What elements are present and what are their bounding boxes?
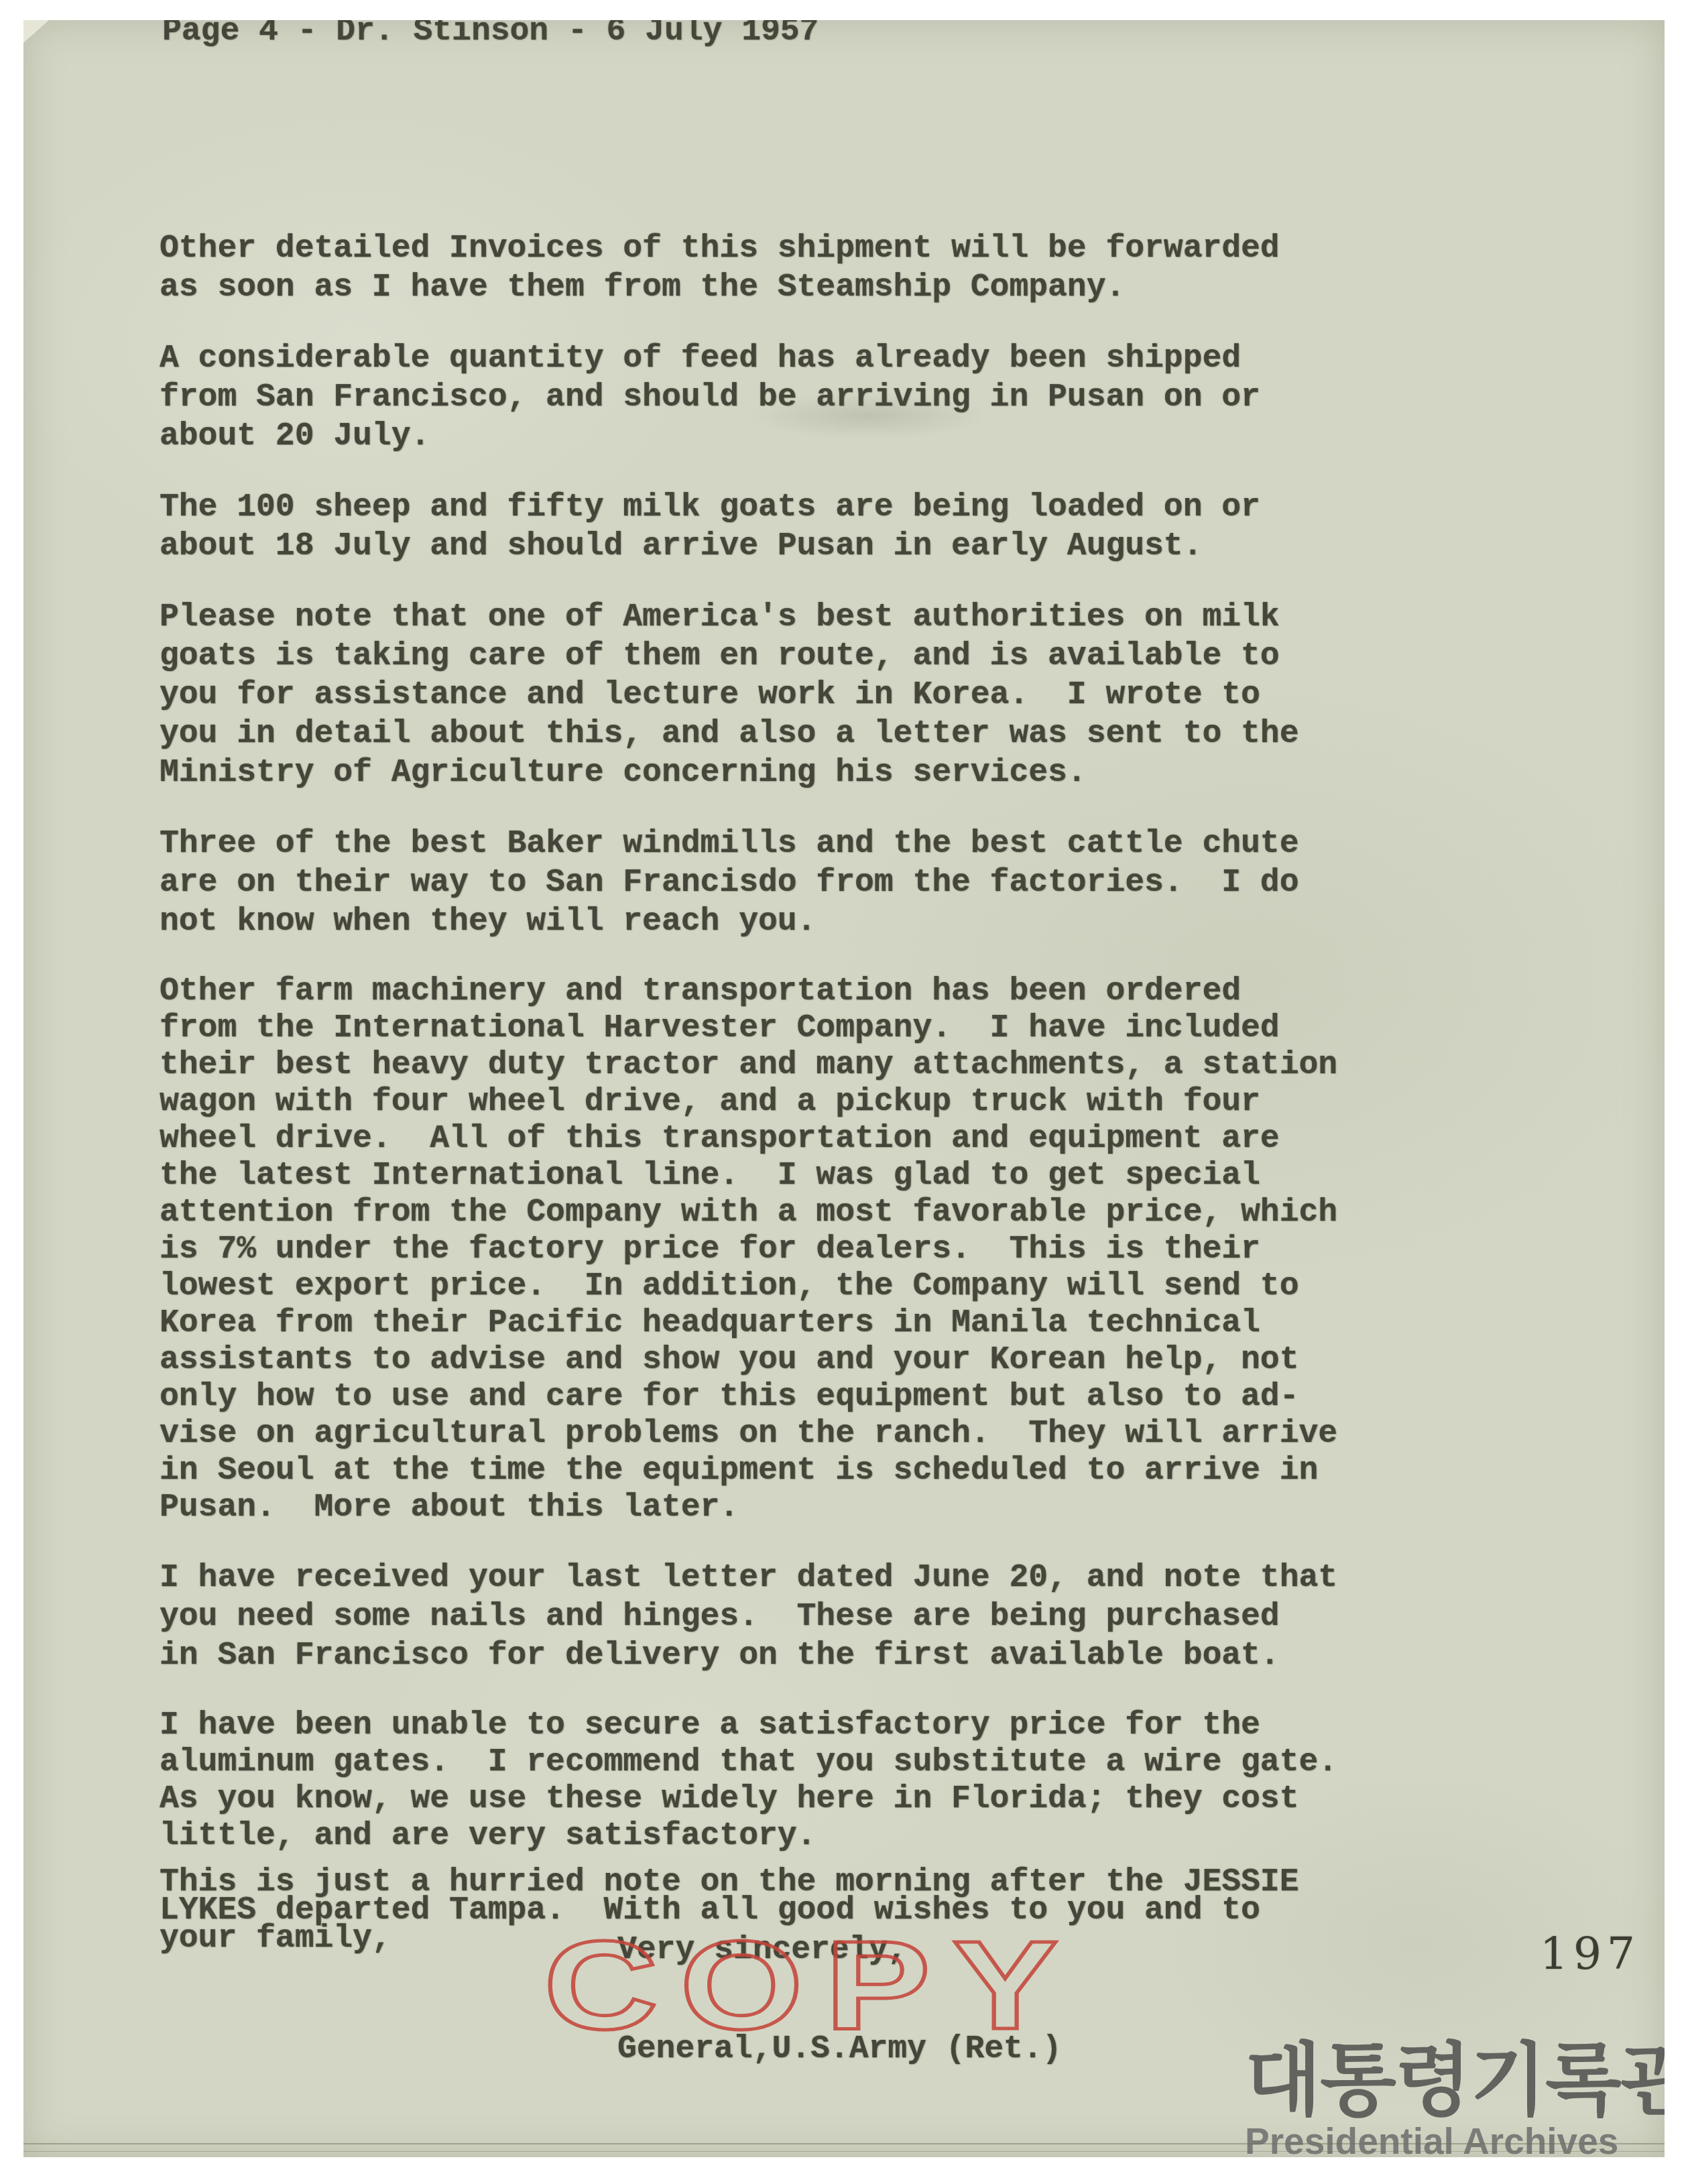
page-header-line: Page 4 - Dr. Stinson - 6 July 1957 xyxy=(162,20,819,50)
copy-stamp-text: COPY xyxy=(544,1923,1080,2055)
letter-paragraph: Please note that one of America's best a… xyxy=(160,598,1337,792)
scanned-letter-page: { "page": { "header": "Page 4 - Dr. Stin… xyxy=(0,0,1688,2184)
letter-paper-sheet: Page 4 - Dr. Stinson - 6 July 1957 Other… xyxy=(23,20,1665,2157)
paper-corner-fold xyxy=(23,20,49,43)
letter-body-text: Other detailed Invoices of this shipment… xyxy=(160,229,1337,1985)
letter-paragraph: I have received your last letter dated J… xyxy=(160,1559,1337,1675)
presidential-archives-watermark-english: Presidential Archives xyxy=(1245,2120,1665,2157)
letter-paragraph: A considerable quantity of feed has alre… xyxy=(160,339,1337,456)
letter-paragraph: Other detailed Invoices of this shipment… xyxy=(160,229,1337,307)
copy-stamp: COPY xyxy=(540,1923,1130,2057)
letter-paragraph: Other farm machinery and transportation … xyxy=(160,973,1337,1526)
letter-paragraph: Three of the best Baker windmills and th… xyxy=(160,825,1337,941)
letter-paragraph: I have been unable to secure a satisfact… xyxy=(160,1707,1337,1855)
presidential-archives-watermark-korean: 대통령기록관 xyxy=(1245,2016,1665,2130)
letter-paragraph: The 100 sheep and fifty milk goats are b… xyxy=(160,488,1337,566)
archive-page-number: 197 xyxy=(1540,1928,1640,1980)
